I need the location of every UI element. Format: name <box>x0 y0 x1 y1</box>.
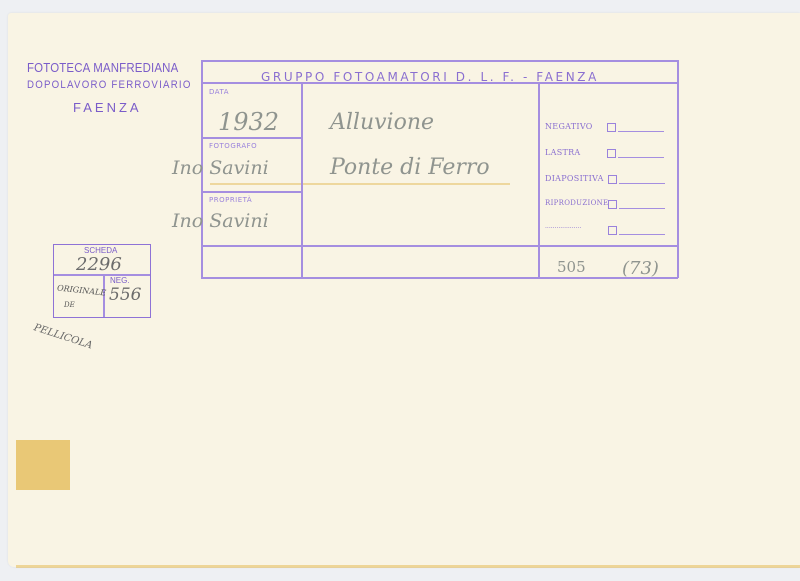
proprieta-label: PROPRIETÀ <box>209 196 252 204</box>
footer-number-right: (73) <box>622 258 659 279</box>
neg-value: 556 <box>109 285 141 305</box>
scheda-value: 2296 <box>76 254 122 275</box>
tape-residue-bottom <box>16 565 800 568</box>
subject-line-1: Alluvione <box>330 110 434 135</box>
proprieta-value: Ino Savini <box>172 210 269 232</box>
footer-number-left: 505 <box>557 258 586 276</box>
fotografo-label: FOTOGRAFO <box>209 142 257 150</box>
neg-label: NEG. <box>110 276 130 285</box>
fotografo-value: Ino Savini <box>172 157 269 179</box>
tape-residue-left <box>16 440 70 490</box>
originale-sub: DE <box>64 301 75 309</box>
form-title: GRUPPO FOTOAMATORI D. L. F. - FAENZA <box>261 70 599 84</box>
riproduzione-checkbox[interactable] <box>608 200 617 209</box>
riproduzione-label: RIPRODUZIONE <box>545 199 608 207</box>
data-label: DATA <box>209 88 229 96</box>
scheda-box: SCHEDA 2296 NEG. 556 ORIGINALE DE <box>53 244 151 318</box>
stamp-line-3: FAENZA <box>73 100 142 115</box>
stamp-line-1: FOTOTECA MANFREDIANA <box>27 60 178 75</box>
lastra-checkbox[interactable] <box>607 149 616 158</box>
lastra-label: LASTRA <box>545 148 581 157</box>
stamp-line-2: DOPOLAVORO FERROVIARIO <box>27 79 192 91</box>
subject-line-2: Ponte di Ferro <box>330 155 490 180</box>
diapositiva-checkbox[interactable] <box>608 175 617 184</box>
negativo-checkbox[interactable] <box>607 123 616 132</box>
date-value: 1932 <box>218 108 279 136</box>
other-label: ................... <box>545 223 581 230</box>
originale-label: ORIGINALE <box>57 283 107 297</box>
negativo-label: NEGATIVO <box>545 122 593 131</box>
other-checkbox[interactable] <box>608 226 617 235</box>
diapositiva-label: DIAPOSITIVA <box>545 174 604 183</box>
